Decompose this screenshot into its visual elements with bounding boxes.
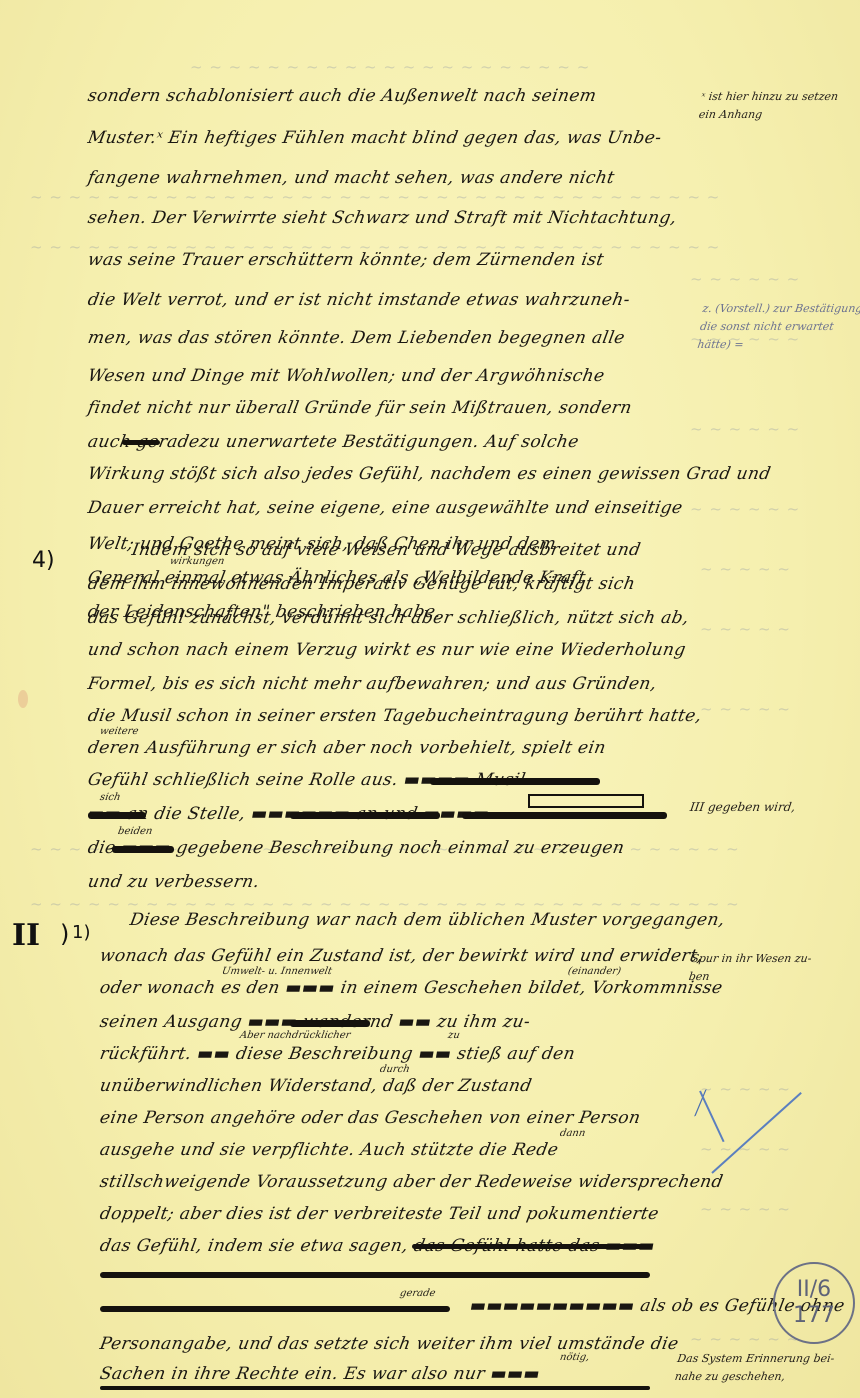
margin-note-line: hätte) = xyxy=(696,336,858,354)
section-label: 4) xyxy=(32,548,55,573)
strikethrough xyxy=(290,812,440,819)
margin-note-line: z. (Vorstell.) zur Bestätigung xyxy=(701,300,860,318)
blue-pencil-stroke xyxy=(711,1092,802,1174)
text-line: Muster.ˣ Ein heftiges Fühlen macht blind… xyxy=(86,128,663,148)
margin-note-line: Das System Erinnerung bei- xyxy=(676,1350,836,1368)
margin-note-pencil: z. (Vorstell.) zur Bestätigung die sonst… xyxy=(696,300,860,354)
text-line: deren Ausführung er sich aber noch vorbe… xyxy=(86,738,607,758)
section-paren: ) xyxy=(60,920,69,948)
text-line: auch geradezu unerwartete Bestätigungen.… xyxy=(86,432,580,452)
margin-note-ink: ˣ ist hier hinzu zu setzen ein Anhang xyxy=(697,88,839,124)
text-line: eine Person angehöre oder das Geschehen … xyxy=(98,1108,642,1128)
margin-note-ink: Das System Erinnerung bei- nahe zu gesch… xyxy=(673,1350,835,1386)
text-line: das Gefühl zunächst, verdünnt sich aber … xyxy=(86,608,690,628)
text-line: Personangabe, und das setzte sich weiter… xyxy=(98,1334,680,1354)
text-line: die Welt verrot, und er ist nicht imstan… xyxy=(86,290,631,310)
manuscript-page: ~ ~ ~ ~ ~ ~ ~ ~ ~ ~ ~ ~ ~ ~ ~ ~ ~ ~ ~ ~ … xyxy=(0,0,860,1398)
text-line: dem ihm innewohnenden Imperativ Genüge t… xyxy=(86,574,637,594)
interlinear-insertion: Umwelt- u. Innenwelt xyxy=(221,966,333,977)
margin-note-line: ein Anhang xyxy=(697,106,836,124)
strikethrough xyxy=(430,778,600,785)
strikethrough xyxy=(462,812,667,819)
text-line: rückführt. ▬▬ diese Beschreibung ▬▬ stie… xyxy=(98,1044,577,1064)
text-line: Wesen und Dinge mit Wohlwollen; und der … xyxy=(86,366,606,386)
text-line: ausgehe und sie verpflichte. Auch stützt… xyxy=(98,1140,560,1160)
strikethrough xyxy=(290,1020,370,1027)
text-line: und schon nach einem Verzug wirkt es nur… xyxy=(86,640,687,660)
text-line: Formel, bis es sich nicht mehr aufbewahr… xyxy=(86,674,658,694)
boxed-deletion xyxy=(528,794,644,808)
margin-note-line: ˣ ist hier hinzu zu setzen xyxy=(700,88,839,106)
margin-note-line: nahe zu geschehen, xyxy=(673,1368,833,1386)
archive-folio-stamp: II/6 177 xyxy=(773,1262,855,1344)
interlinear-insertion: sich xyxy=(99,792,121,803)
paper-stain xyxy=(18,690,28,708)
margin-note-line: die sonst nicht erwartet xyxy=(699,318,860,336)
text-line: was seine Trauer erschüttern könnte; dem… xyxy=(86,250,605,270)
strikethrough xyxy=(100,1272,650,1278)
interlinear-insertion: durch xyxy=(379,1064,411,1075)
text-line: sehen. Der Verwirrte sieht Schwarz und S… xyxy=(86,208,678,228)
interlinear-insertion: gerade xyxy=(399,1288,436,1299)
text-line: doppelt; aber dies ist der verbreiteste … xyxy=(98,1204,660,1224)
section-label-roman: II xyxy=(12,918,40,953)
strikethrough xyxy=(412,1244,652,1249)
text-line: Wirkung stößt sich also jedes Gefühl, na… xyxy=(86,464,772,484)
interlinear-insertion: beiden xyxy=(117,826,153,837)
strikethrough xyxy=(88,812,146,819)
text-line: die Musil schon in seiner ersten Tagebuc… xyxy=(86,706,703,726)
interlinear-insertion: nötig, xyxy=(559,1352,590,1363)
text-line: sondern schablonisiert auch die Außenwel… xyxy=(86,86,598,106)
text-line: stillschweigende Voraussetzung aber der … xyxy=(98,1172,724,1192)
margin-note-ink: Spur in ihr Wesen zu- ben xyxy=(687,950,812,986)
text-line: oder wonach es den ▬▬▬ in einem Geschehe… xyxy=(98,978,724,998)
margin-note-ink: III gegeben wird, xyxy=(689,798,797,816)
text-line: findet nicht nur überall Gründe für sein… xyxy=(86,398,633,418)
interlinear-insertion: zu xyxy=(447,1030,461,1041)
interlinear-insertion: dann xyxy=(559,1128,586,1139)
archive-folio-number: 177 xyxy=(775,1303,853,1329)
text-line: Sachen in ihre Rechte ein. Es war also n… xyxy=(98,1364,542,1384)
strikethrough xyxy=(112,846,174,853)
margin-note-line: ben xyxy=(687,968,810,986)
interlinear-insertion: Aber nachdrücklicher xyxy=(239,1030,351,1041)
interlinear-insertion: (einander) xyxy=(567,966,622,977)
margin-note-line: Spur in ihr Wesen zu- xyxy=(690,950,813,968)
text-line: Diese Beschreibung war nach dem üblichen… xyxy=(128,910,726,930)
text-line: unüberwindlichen Widerstand, daß der Zus… xyxy=(98,1076,533,1096)
text-line: Dauer erreicht hat, seine eigene, eine a… xyxy=(86,498,684,518)
strikethrough xyxy=(100,1306,450,1312)
text-line: fangene wahrnehmen, und macht sehen, was… xyxy=(86,168,616,188)
archive-folio-series: II/6 xyxy=(775,1277,853,1303)
subsection-label: 1) xyxy=(72,922,90,943)
text-line: wonach das Gefühl ein Zustand ist, der b… xyxy=(98,946,705,966)
interlinear-insertion: weitere xyxy=(99,726,139,737)
text-line: men, was das stören könnte. Dem Liebende… xyxy=(86,328,626,348)
text-line: Indem sich so auf viele Weisen und Wege … xyxy=(130,540,642,560)
text-line: und zu verbessern. xyxy=(86,872,261,892)
strikethrough xyxy=(100,1386,650,1390)
strikethrough xyxy=(122,440,160,445)
